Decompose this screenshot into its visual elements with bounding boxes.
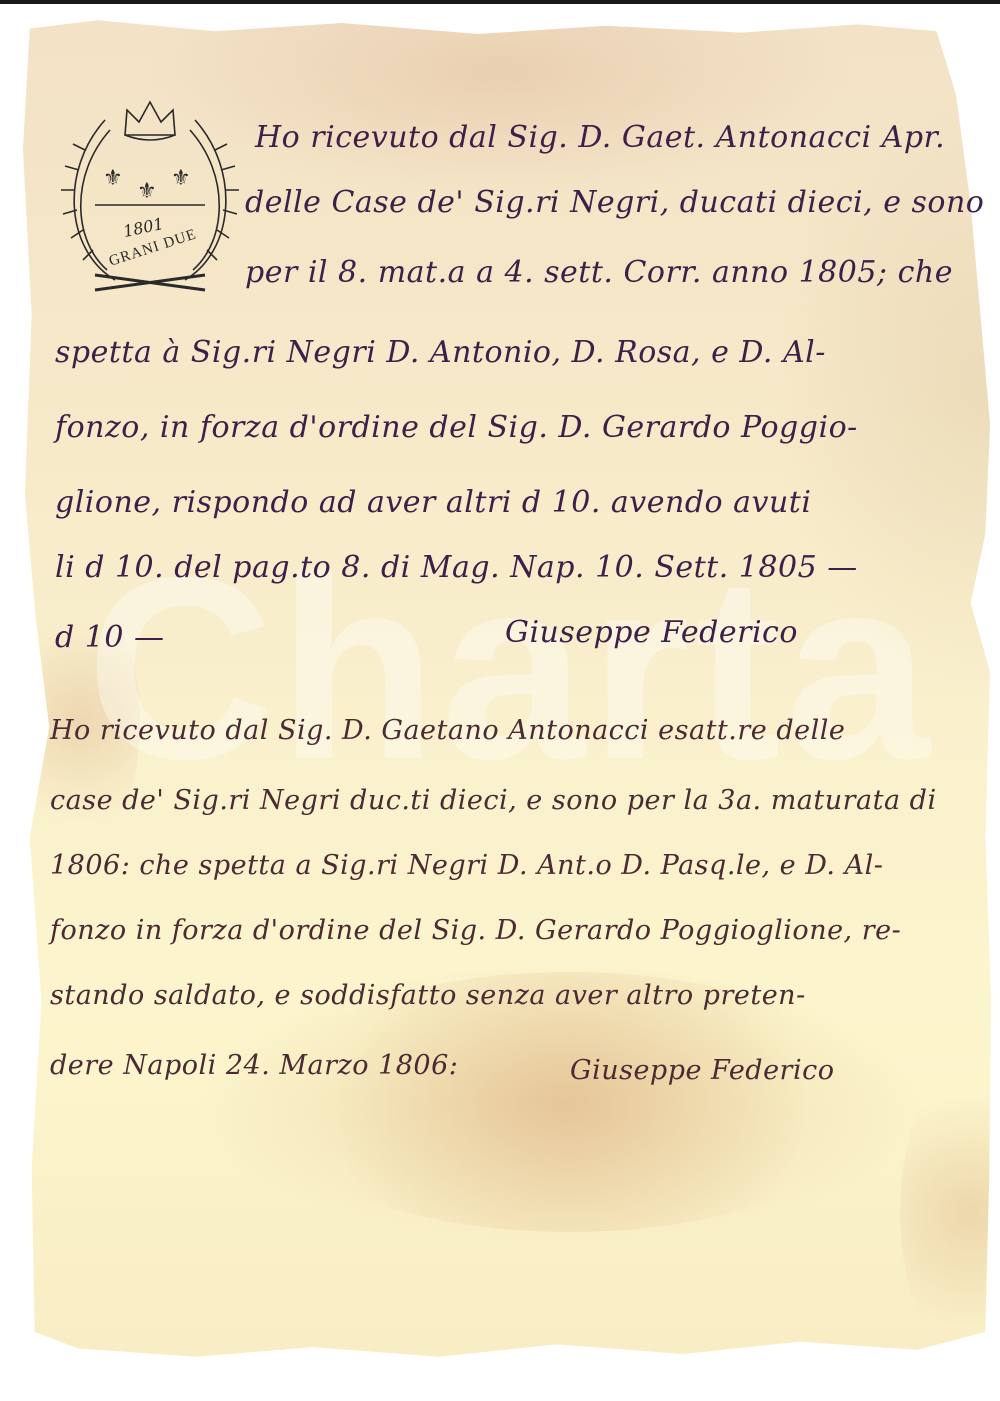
svg-text:⚜: ⚜ [137,179,157,204]
receipt-line: stando saldato, e soddisfatto senza aver… [50,980,806,1011]
receipt-line: spetta à Sig.ri Negri D. Antonio, D. Ros… [55,335,826,370]
receipt-line: per il 8. mat.a a 4. sett. Corr. anno 18… [245,255,953,290]
receipt-line: delle Case de' Sig.ri Negri, ducati diec… [245,185,984,220]
edge-stain [900,1062,1000,1362]
receipt-line: fonzo in forza d'ordine del Sig. D. Gera… [50,915,901,946]
crown-and-fleur-de-lis-icon: ⚜ ⚜ ⚜ [55,80,245,300]
svg-text:⚜: ⚜ [103,166,123,191]
signature: Giuseppe Federico [505,615,798,650]
svg-text:⚜: ⚜ [171,166,191,191]
receipt-line: fonzo, in forza d'ordine del Sig. D. Ger… [55,410,858,445]
tax-stamp: ⚜ ⚜ ⚜ 1801 GRANI DUE [55,80,245,300]
receipt-line: li d 10. del pag.to 8. di Mag. Nap. 10. … [55,550,858,585]
scan-border [0,0,1000,4]
water-stain [260,972,880,1232]
receipt-line: case de' Sig.ri Negri duc.ti dieci, e so… [50,785,937,816]
receipt-line: glione, rispondo ad aver altri d 10. ave… [55,485,811,520]
receipt-line: 1806: che spetta a Sig.ri Negri D. Ant.o… [50,850,883,881]
receipt-line: Ho ricevuto dal Sig. D. Gaet. Antonacci … [255,120,945,155]
receipt-line: dere Napoli 24. Marzo 1806: [50,1050,458,1081]
receipt-line: Ho ricevuto dal Sig. D. Gaetano Antonacc… [50,715,845,746]
receipt-amount: d 10 — [55,620,164,655]
signature: Giuseppe Federico [570,1055,834,1086]
